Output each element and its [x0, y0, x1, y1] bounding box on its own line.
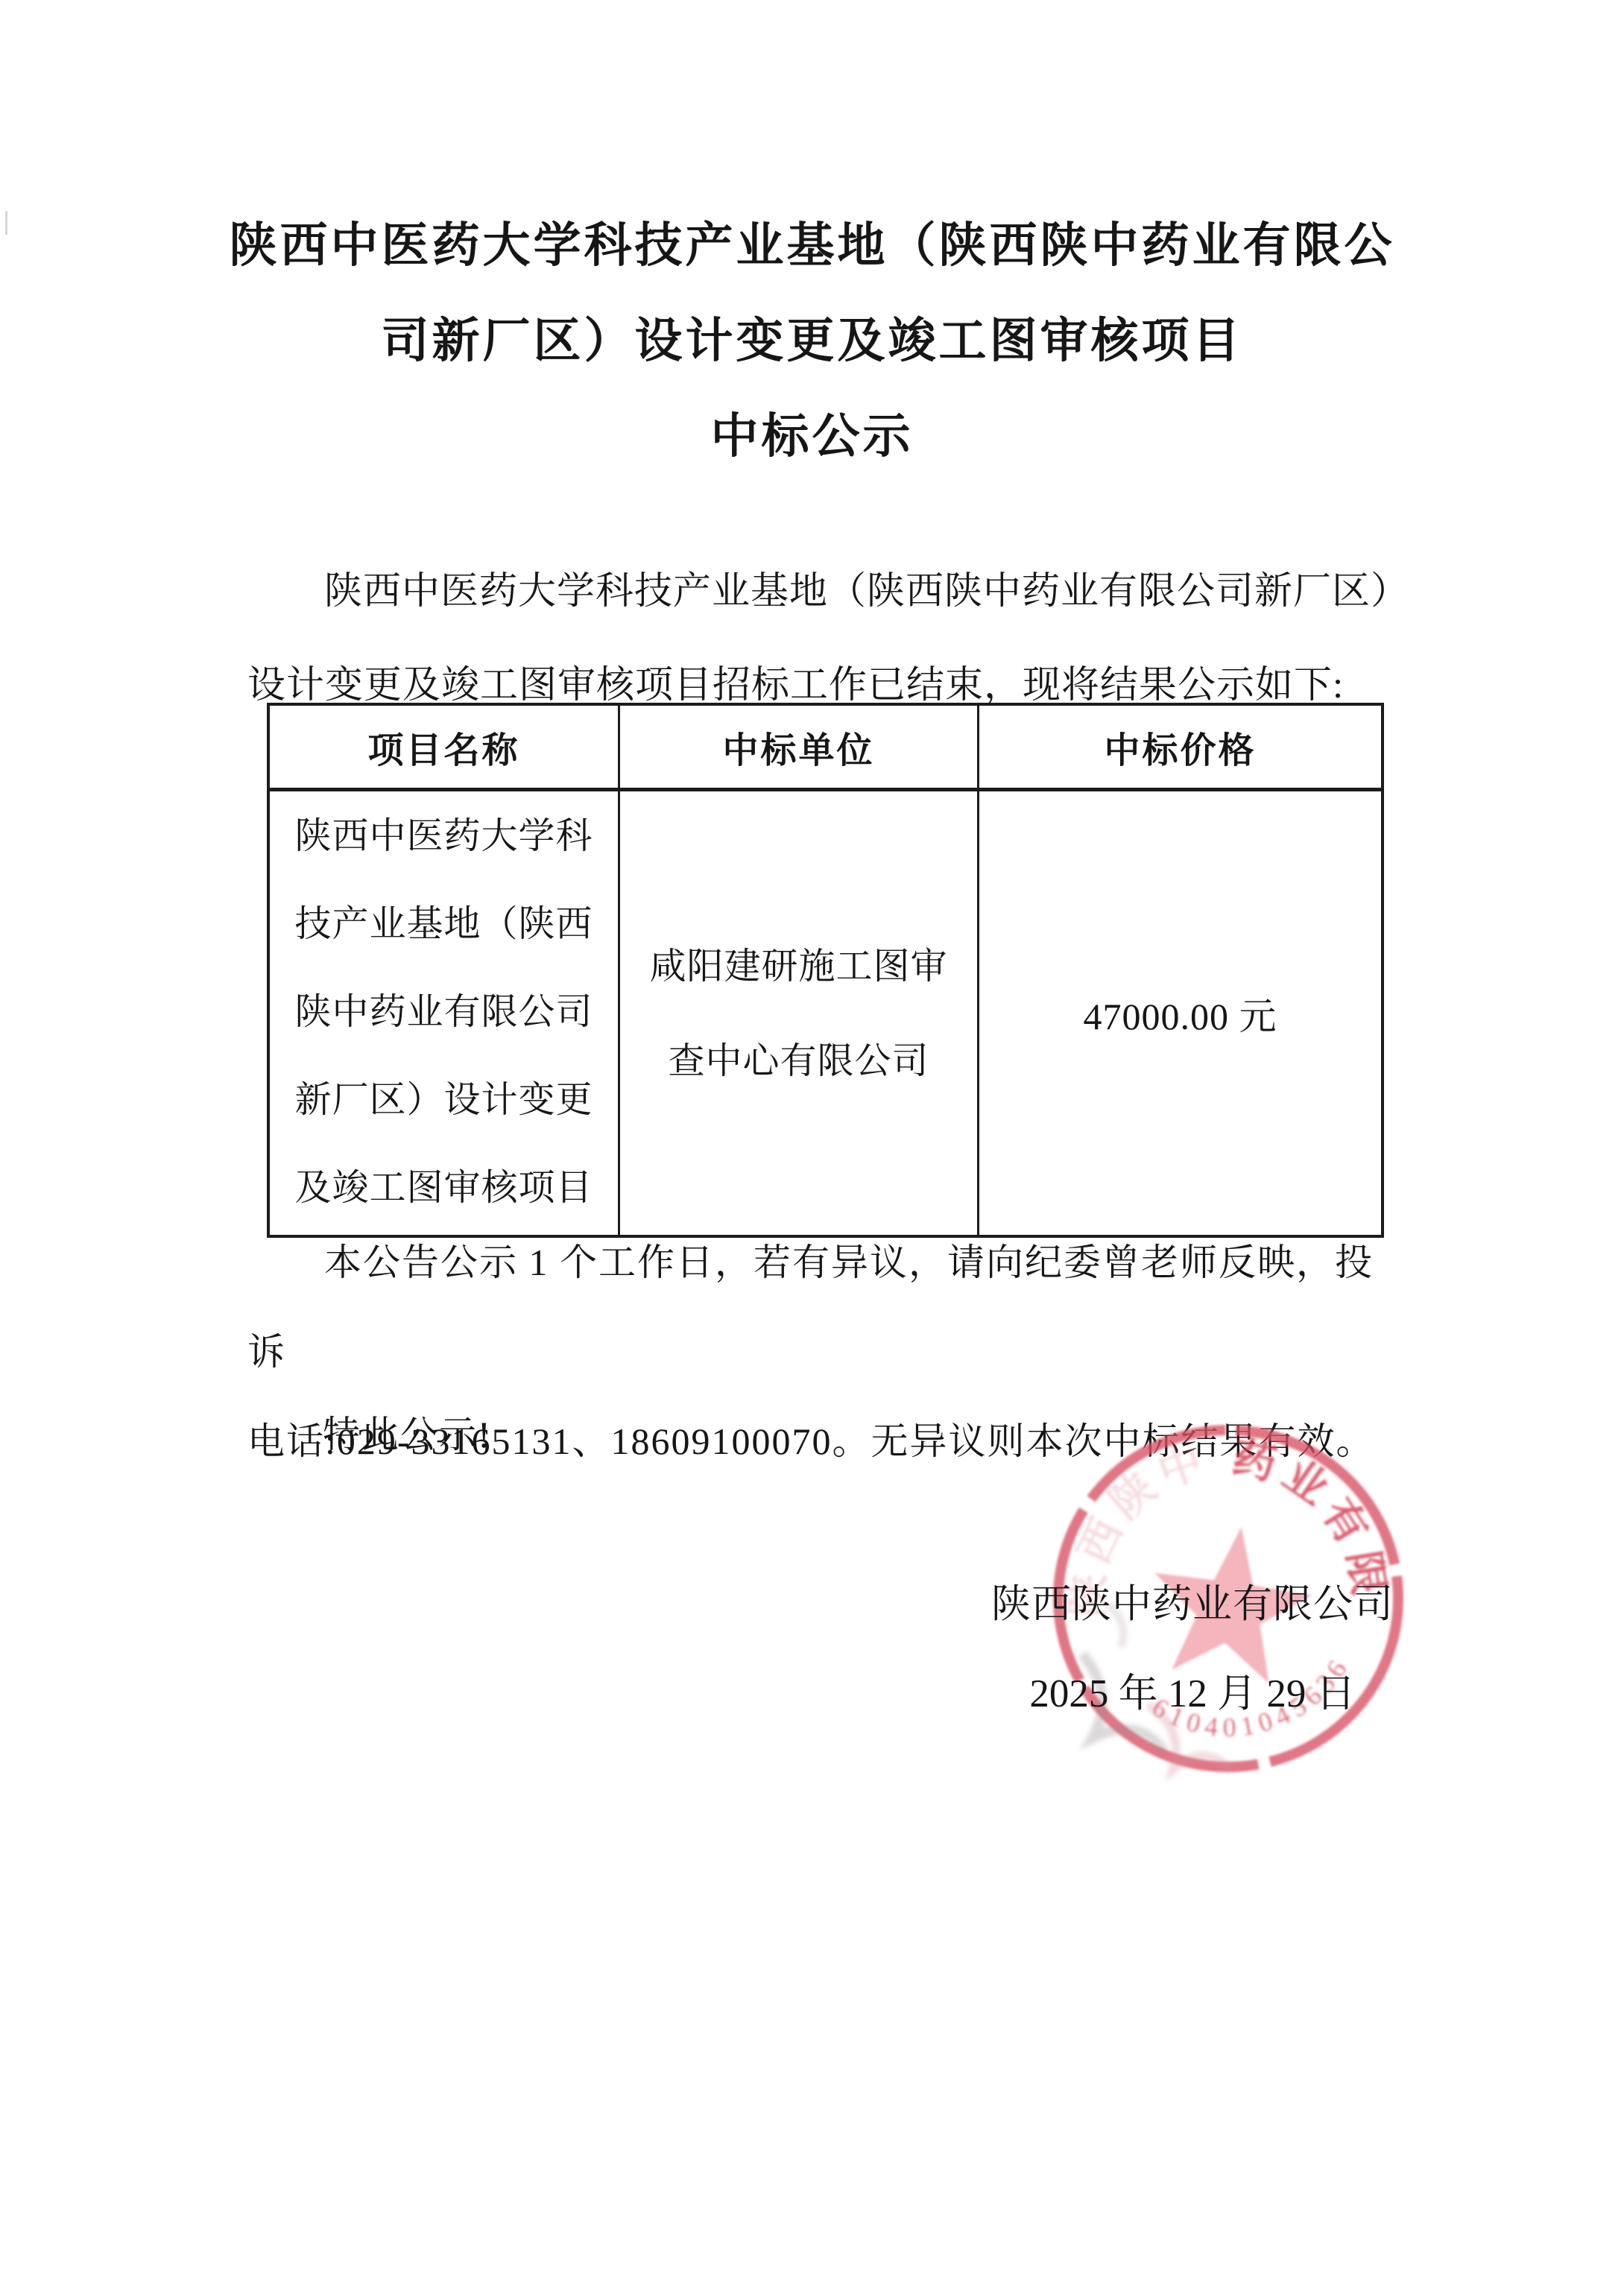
column-header-project: 项目名称	[270, 706, 620, 791]
project-name-line: 技产业基地（陕西	[270, 880, 618, 968]
closing-statement: 特此公示!	[247, 1405, 492, 1458]
cell-project-name: 陕西中医药大学科 技产业基地（陕西 陕中药业有限公司 新厂区）设计变更 及竣工图…	[270, 791, 620, 1235]
award-result-table: 项目名称 中标单位 中标价格 陕西中医药大学科 技产业基地（陕西 陕中药业有限公…	[267, 703, 1384, 1238]
column-header-price: 中标价格	[979, 706, 1381, 791]
document-title: 陕西中医药大学科技产业基地（陕西陕中药业有限公 司新厂区）设计变更及竣工图审核项…	[0, 198, 1624, 484]
title-line-2: 司新厂区）设计变更及竣工图审核项目	[0, 294, 1624, 389]
cell-winning-price: 47000.00 元	[979, 791, 1381, 1235]
scanned-document-page: 陕西中医药大学科技产业基地（陕西陕中药业有限公 司新厂区）设计变更及竣工图审核项…	[0, 0, 1624, 2296]
project-name-line: 新厂区）设计变更	[270, 1056, 618, 1144]
title-subtitle: 中标公示	[0, 389, 1624, 484]
signature-date: 2025 年 12 月 29 日	[991, 1662, 1394, 1718]
title-line-1: 陕西中医药大学科技产业基地（陕西陕中药业有限公	[0, 198, 1624, 294]
project-name-line: 陕中药业有限公司	[270, 968, 618, 1056]
winner-line: 咸阳建研施工图审	[620, 919, 977, 1013]
notice-line-1: 本公告公示 1 个工作日，若有异议，请向纪委曾老师反映，投诉	[247, 1218, 1404, 1397]
project-name-line: 陕西中医药大学科	[270, 792, 618, 880]
column-header-winner: 中标单位	[620, 706, 979, 791]
intro-line-1: 陕西中医药大学科技产业基地（陕西陕中药业有限公司新厂区）	[247, 545, 1404, 639]
cell-winning-bidder: 咸阳建研施工图审 查中心有限公司	[620, 791, 979, 1235]
signature-company: 陕西陕中药业有限公司	[984, 1572, 1401, 1629]
winner-line: 查中心有限公司	[620, 1013, 977, 1108]
